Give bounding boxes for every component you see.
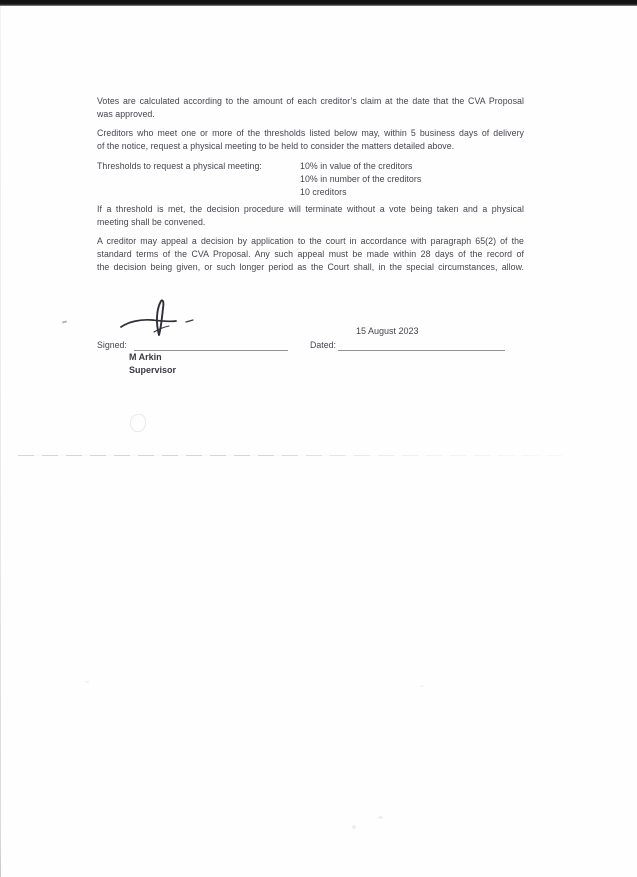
dated-value-text: 15 August 2023: [356, 325, 419, 338]
scan-artifact-speck: [420, 685, 424, 687]
paragraph-votes-calculated: Votes are calculated according to the am…: [97, 95, 524, 121]
scan-artifact-smudge: [130, 414, 146, 432]
text-line: the decision being given, or such longer…: [97, 261, 524, 274]
text-line: Creditors who meet one or more of the th…: [97, 127, 524, 140]
scan-artifact-left-edge: [0, 6, 1, 877]
thresholds-section: Thresholds to request a physical meeting…: [97, 160, 524, 200]
scan-artifact-speck: [62, 321, 67, 324]
paragraph-appeal-rights: A creditor may appeal a decision by appl…: [97, 235, 524, 274]
threshold-item: 10% in value of the creditors: [300, 160, 421, 173]
scan-artifact-speck: [352, 825, 356, 829]
thresholds-list: 10% in value of the creditors 10% in num…: [300, 160, 421, 199]
signed-label: Signed:: [97, 339, 127, 352]
signatory-name: M Arkin: [129, 351, 162, 364]
text-line: standard terms of the CVA Proposal. Any …: [97, 248, 524, 261]
scan-artifact-speck: [85, 681, 89, 683]
thresholds-label: Thresholds to request a physical meeting…: [97, 160, 262, 173]
text-line: Votes are calculated according to the am…: [97, 95, 524, 108]
text-line: If a threshold is met, the decision proc…: [97, 203, 524, 216]
threshold-item: 10 creditors: [300, 186, 421, 199]
signatory-title: Supervisor: [129, 364, 176, 377]
scan-artifact-speck: [378, 816, 383, 819]
text-line: was approved.: [97, 108, 524, 121]
paragraph-threshold-met: If a threshold is met, the decision proc…: [97, 203, 524, 229]
paragraph-creditors-meeting-request: Creditors who meet one or more of the th…: [97, 127, 524, 153]
scan-artifact-top-edge: [0, 0, 637, 6]
threshold-item: 10% in number of the creditors: [300, 173, 421, 186]
text-line: A creditor may appeal a decision by appl…: [97, 235, 524, 248]
text-line: of the notice, request a physical meetin…: [97, 140, 524, 153]
dated-signature-line: [338, 350, 505, 351]
handwritten-signature: [110, 296, 210, 342]
text-line: meeting shall be convened.: [97, 216, 524, 229]
scanned-document-page: Votes are calculated according to the am…: [0, 0, 637, 877]
dated-label: Dated:: [310, 339, 336, 352]
scan-artifact-fold-line: [18, 455, 563, 456]
